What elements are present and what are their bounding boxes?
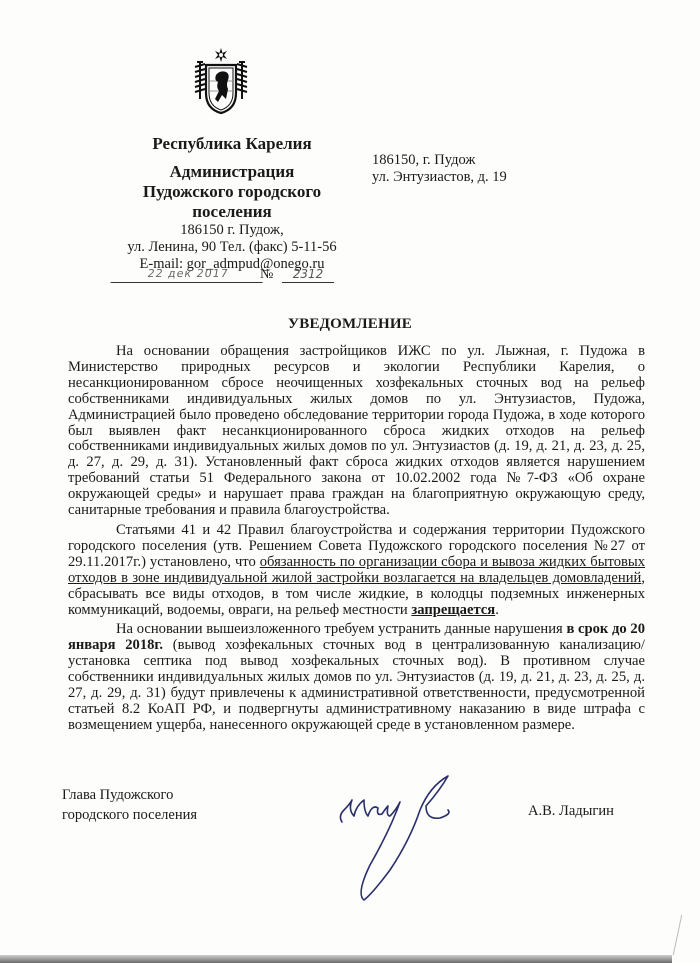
paragraph-2: Статьями 41 и 42 Правил благоустройства … (68, 523, 645, 618)
registration-number: 2312 (282, 266, 334, 283)
paragraph-3: На основании вышеизложенного требуем уст… (68, 622, 645, 733)
org-name-line-3: поселения (92, 202, 372, 222)
document-body: На основании обращения застройщиков ИЖС … (68, 344, 645, 738)
recipient-address: 186150, г. Пудож ул. Энтузиастов, д. 19 (372, 152, 507, 186)
org-address-line-2: ул. Ленина, 90 Тел. (факс) 5-11-56 (92, 239, 372, 256)
paragraph-1: На основании обращения застройщиков ИЖС … (68, 344, 645, 519)
document-title: УВЕДОМЛЕНИЕ (0, 316, 700, 333)
recipient-line-1: 186150, г. Пудож (372, 152, 507, 169)
scan-edge-shadow (0, 955, 672, 963)
prohibited-emphasis: запрещается (411, 602, 495, 618)
recipient-line-2: ул. Энтузиастов, д. 19 (372, 169, 507, 186)
org-name-line-1: Администрация (92, 162, 372, 182)
registration-date: 22 дек 2017 (111, 266, 266, 283)
document-page: Республика Карелия Администрация Пудожск… (0, 0, 700, 963)
signatory-position: Глава Пудожского городского поселения (62, 785, 197, 825)
paper-corner-fold (664, 915, 683, 955)
org-name-line-2: Пудожского городского (92, 182, 372, 202)
country-name: Республика Карелия (92, 134, 372, 154)
signatory-position-line-2: городского поселения (62, 805, 197, 825)
p3-text: На основании вышеизложенного требуем уст… (116, 621, 566, 637)
signatory-position-line-1: Глава Пудожского (62, 785, 197, 805)
sender-block: Республика Карелия Администрация Пудожск… (92, 134, 372, 273)
p2-end: . (495, 602, 499, 618)
registration-number-label: № (260, 266, 273, 283)
signatory-name: А.В. Ладыгин (528, 803, 614, 820)
org-address-line-1: 186150 г. Пудож, (92, 222, 372, 239)
coat-of-arms-icon (192, 47, 250, 117)
registration-row: 22 дек 2017 № 2312 (106, 266, 346, 286)
handwritten-signature-icon (330, 770, 490, 910)
